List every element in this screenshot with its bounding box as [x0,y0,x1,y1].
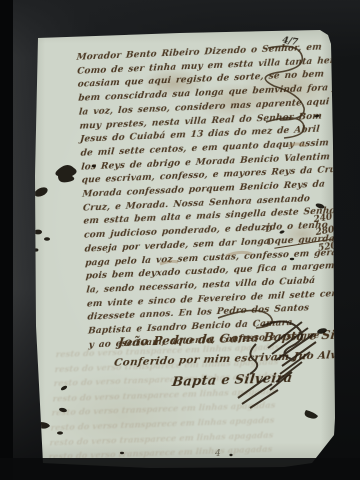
scan-left-band [0,0,13,480]
handwriting-block: Morador Bento Ribeiro Dizendo o Senhor, … [76,42,320,353]
currency-mark: D [266,235,275,249]
scan-bottom-band [0,458,360,480]
manuscript-page: resto do verso transparece em linhas apa… [30,26,336,469]
scan-canvas: resto do verso transparece em linhas apa… [0,0,360,480]
